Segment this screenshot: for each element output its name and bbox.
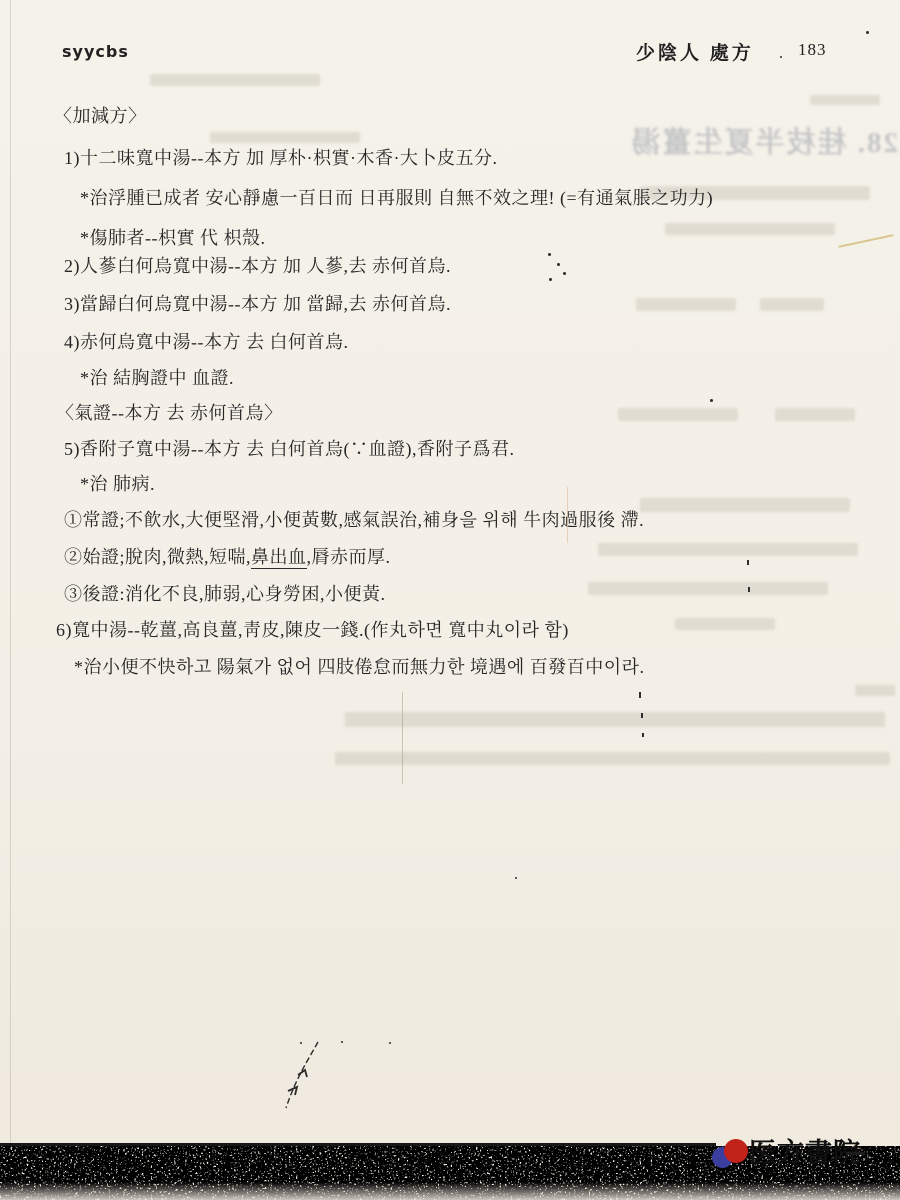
- publisher-logo-red-dot: [724, 1139, 748, 1163]
- bleedthrough-mark: [150, 74, 320, 86]
- group-title: 〈加減方〉: [54, 102, 147, 128]
- scan-speck: [780, 56, 782, 58]
- scan-speck: [748, 587, 750, 592]
- line-12-pre: ②始證;脫肉,微熱,短喘,: [64, 547, 251, 567]
- scan-speck: [866, 31, 869, 34]
- paper-crease: [402, 692, 403, 784]
- line-1: 1)十二味寬中湯--本方 加 厚朴·枳實·木香·大卜皮五分.: [64, 144, 497, 170]
- document-code: syycbs: [62, 42, 129, 61]
- scan-speck: [639, 692, 641, 698]
- line-8: 〈氣證--本方 去 赤何首烏〉: [56, 399, 283, 425]
- scan-speck: [341, 1041, 343, 1043]
- line-4: 2)人蔘白何烏寬中湯--本方 加 人蔘,去 赤何首烏.: [64, 252, 451, 278]
- bleedthrough-mark: [335, 752, 890, 765]
- scan-speck: [747, 560, 749, 565]
- bleedthrough-mark: [640, 498, 850, 512]
- page-number: 183: [798, 40, 827, 60]
- bleedthrough-mark: [810, 95, 880, 105]
- line-6: 4)赤何烏寬中湯--本方 去 白何首烏.: [64, 328, 348, 354]
- noise-fade: [0, 1182, 900, 1200]
- page-edge-shadow: [10, 0, 11, 1200]
- line-15: *治小便不快하고 陽氣가 없어 四肢倦怠而無力한 境遇에 百發百中이라.: [74, 653, 645, 679]
- bleedthrough-mark: [345, 712, 885, 727]
- line-13: ③後證:消化不良,肺弱,心身勞困,小便黃.: [64, 580, 386, 606]
- scan-speck: [557, 263, 560, 266]
- bleedthrough-mark: [636, 298, 736, 311]
- line-12: ②始證;脫肉,微熱,短喘,鼻出血,脣赤而厚.: [64, 543, 391, 569]
- scan-speck: [515, 877, 517, 879]
- bleedthrough-mark: [588, 582, 828, 595]
- footer-dash: [846, 1152, 865, 1155]
- line-7: *治 結胸證中 血證.: [80, 364, 234, 390]
- scan-speck: [548, 253, 551, 256]
- line-5: 3)當歸白何烏寬中湯--本方 加 當歸,去 赤何首烏.: [64, 290, 451, 316]
- paper-crease: [567, 487, 568, 543]
- scan-speck: [642, 733, 644, 737]
- line-11: ①常證;不飮水,大便堅滑,小便黃數,感氣誤治,補身을 위해 牛肉過服後 滯.: [64, 506, 644, 532]
- bleedthrough-mark: [855, 685, 895, 696]
- running-head-section: 少陰人 處方: [636, 38, 754, 65]
- bleedthrough-mark: [598, 543, 858, 556]
- line-9: 5)香附子寬中湯--本方 去 白何首烏(∵血證),香附子爲君.: [64, 435, 514, 461]
- bleedthrough-mark: [665, 223, 835, 235]
- pen-squiggle-mark: [278, 1038, 324, 1114]
- scan-speck: [549, 278, 552, 281]
- scanned-page: 28. 桂枝半夏生薑湯 syycbs 少陰人 處方 183 〈加減方〉 1)十二…: [0, 0, 900, 1200]
- scan-speck: [710, 399, 713, 402]
- scan-speck: [641, 713, 643, 718]
- scan-speck: [563, 272, 566, 275]
- line-3: *傷肺者--枳實 代 枳殼.: [80, 224, 266, 250]
- line-12-underlined-term: 鼻出血: [251, 547, 307, 569]
- scratch-mark: [838, 234, 893, 248]
- line-10: *治 肺病.: [80, 470, 155, 496]
- scan-speck: [389, 1042, 391, 1044]
- line-12-post: ,脣赤而厚.: [307, 547, 391, 567]
- bleedthrough-mark: [618, 408, 738, 421]
- bleedthrough-mark: [210, 132, 360, 143]
- bleedthrough-mark: [775, 408, 855, 421]
- bleedthrough-mark: [675, 618, 775, 630]
- bleedthrough-title: 28. 桂枝半夏生薑湯: [598, 120, 898, 161]
- bleedthrough-mark: [760, 298, 824, 311]
- line-14: 6)寬中湯--乾薑,高良薑,靑皮,陳皮一錢.(作丸하면 寬中丸이라 함): [56, 616, 569, 642]
- line-2: *治浮腫已成者 安心靜慮一百日而 日再服則 自無不效之理! (=有通氣脹之功力): [80, 184, 713, 210]
- publisher-name: 医方書院: [749, 1131, 861, 1170]
